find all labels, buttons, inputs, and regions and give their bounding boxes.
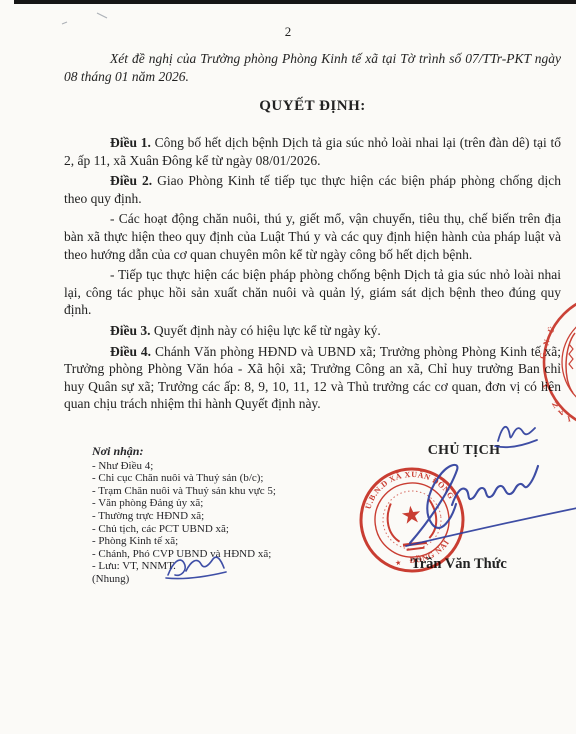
recipient-item: - Như Điều 4; [92,460,276,473]
official-stamp: U.B.N.D XÃ XUÂN ĐÔNG ĐỒNG NAI ★ ★ [351,459,474,582]
stamp-banner [403,542,427,545]
clause-a-text: - Các hoạt động chăn nuôi, thú y, giết m… [64,211,561,261]
article-2: Điều 2. Giao Phòng Kinh tế tiếp tục thực… [64,172,561,207]
decision-body: Điều 1. Công bố hết dịch bệnh Dịch tả gi… [64,134,561,416]
recipient-item: - Văn phòng Đảng ủy xã; [92,497,276,510]
article-2-clause-b: - Tiếp tục thực hiện các biện pháp phòng… [64,266,561,319]
article-3: Điều 3. Quyết định này có hiệu lực kể từ… [64,322,561,340]
stamp-banner-base [407,548,425,550]
stamp-bottom-text: ĐỒNG NAI [407,537,453,565]
article-2-clause-a: - Các hoạt động chăn nuôi, thú y, giết m… [64,210,561,263]
document-page: 2 Xét đề nghị của Trưởng phòng Phòng Kin… [0,0,576,734]
recipients-block: Nơi nhận: - Như Điều 4; - Chi cục Chăn n… [92,445,276,586]
recipient-item: - Phòng Kinh tế xã; [92,535,276,548]
page-number: 2 [0,24,576,40]
recipient-item: - Chi cục Chăn nuôi và Thuỷ sản (b/c); [92,472,276,485]
partial-stamp-emblem-zigzag [569,344,573,369]
partial-stamp-emblem-edge [566,333,575,393]
scan-edge-artifact [14,0,576,4]
stamp-star-emblem: ★ [399,502,424,530]
drafter-note: (Nhung) [92,573,276,586]
article-3-label: Điều 3. [110,323,151,338]
article-1: Điều 1. Công bố hết dịch bệnh Dịch tả gi… [64,134,561,169]
scan-speck [97,13,107,18]
article-2-label: Điều 2. [110,173,152,188]
recipient-item: - Thường trực HĐND xã; [92,510,276,523]
article-4: Điều 4. Chánh Văn phòng HĐND và UBND xã;… [64,343,561,413]
article-1-label: Điều 1. [110,135,151,150]
signer-title: CHỦ TỊCH [356,443,572,459]
stamp-wreath-left [386,503,400,543]
recipients-title: Nơi nhận: [92,445,276,458]
clause-b-text: - Tiếp tục thực hiện các biện pháp phòng… [64,267,561,317]
recipient-item: - Trạm Chăn nuôi và Thuỷ sản khu vực 5; [92,485,276,498]
article-3-text: Quyết định này có hiệu lực kể từ ngày ký… [154,323,381,338]
recipient-item: - Lưu: VT, NNMT. [92,560,276,573]
preamble-paragraph: Xét đề nghị của Trưởng phòng Phòng Kinh … [64,50,561,85]
recipient-item: - Chánh, Phó CVP UBND và HĐND xã; [92,548,276,561]
stamp-star-separator: ★ [395,559,402,568]
decision-heading: QUYẾT ĐỊNH: [64,98,561,115]
recipient-item: - Chủ tịch, các PCT UBND xã; [92,523,276,536]
article-4-label: Điều 4. [110,344,151,359]
partial-stamp-letter: I [567,414,572,423]
